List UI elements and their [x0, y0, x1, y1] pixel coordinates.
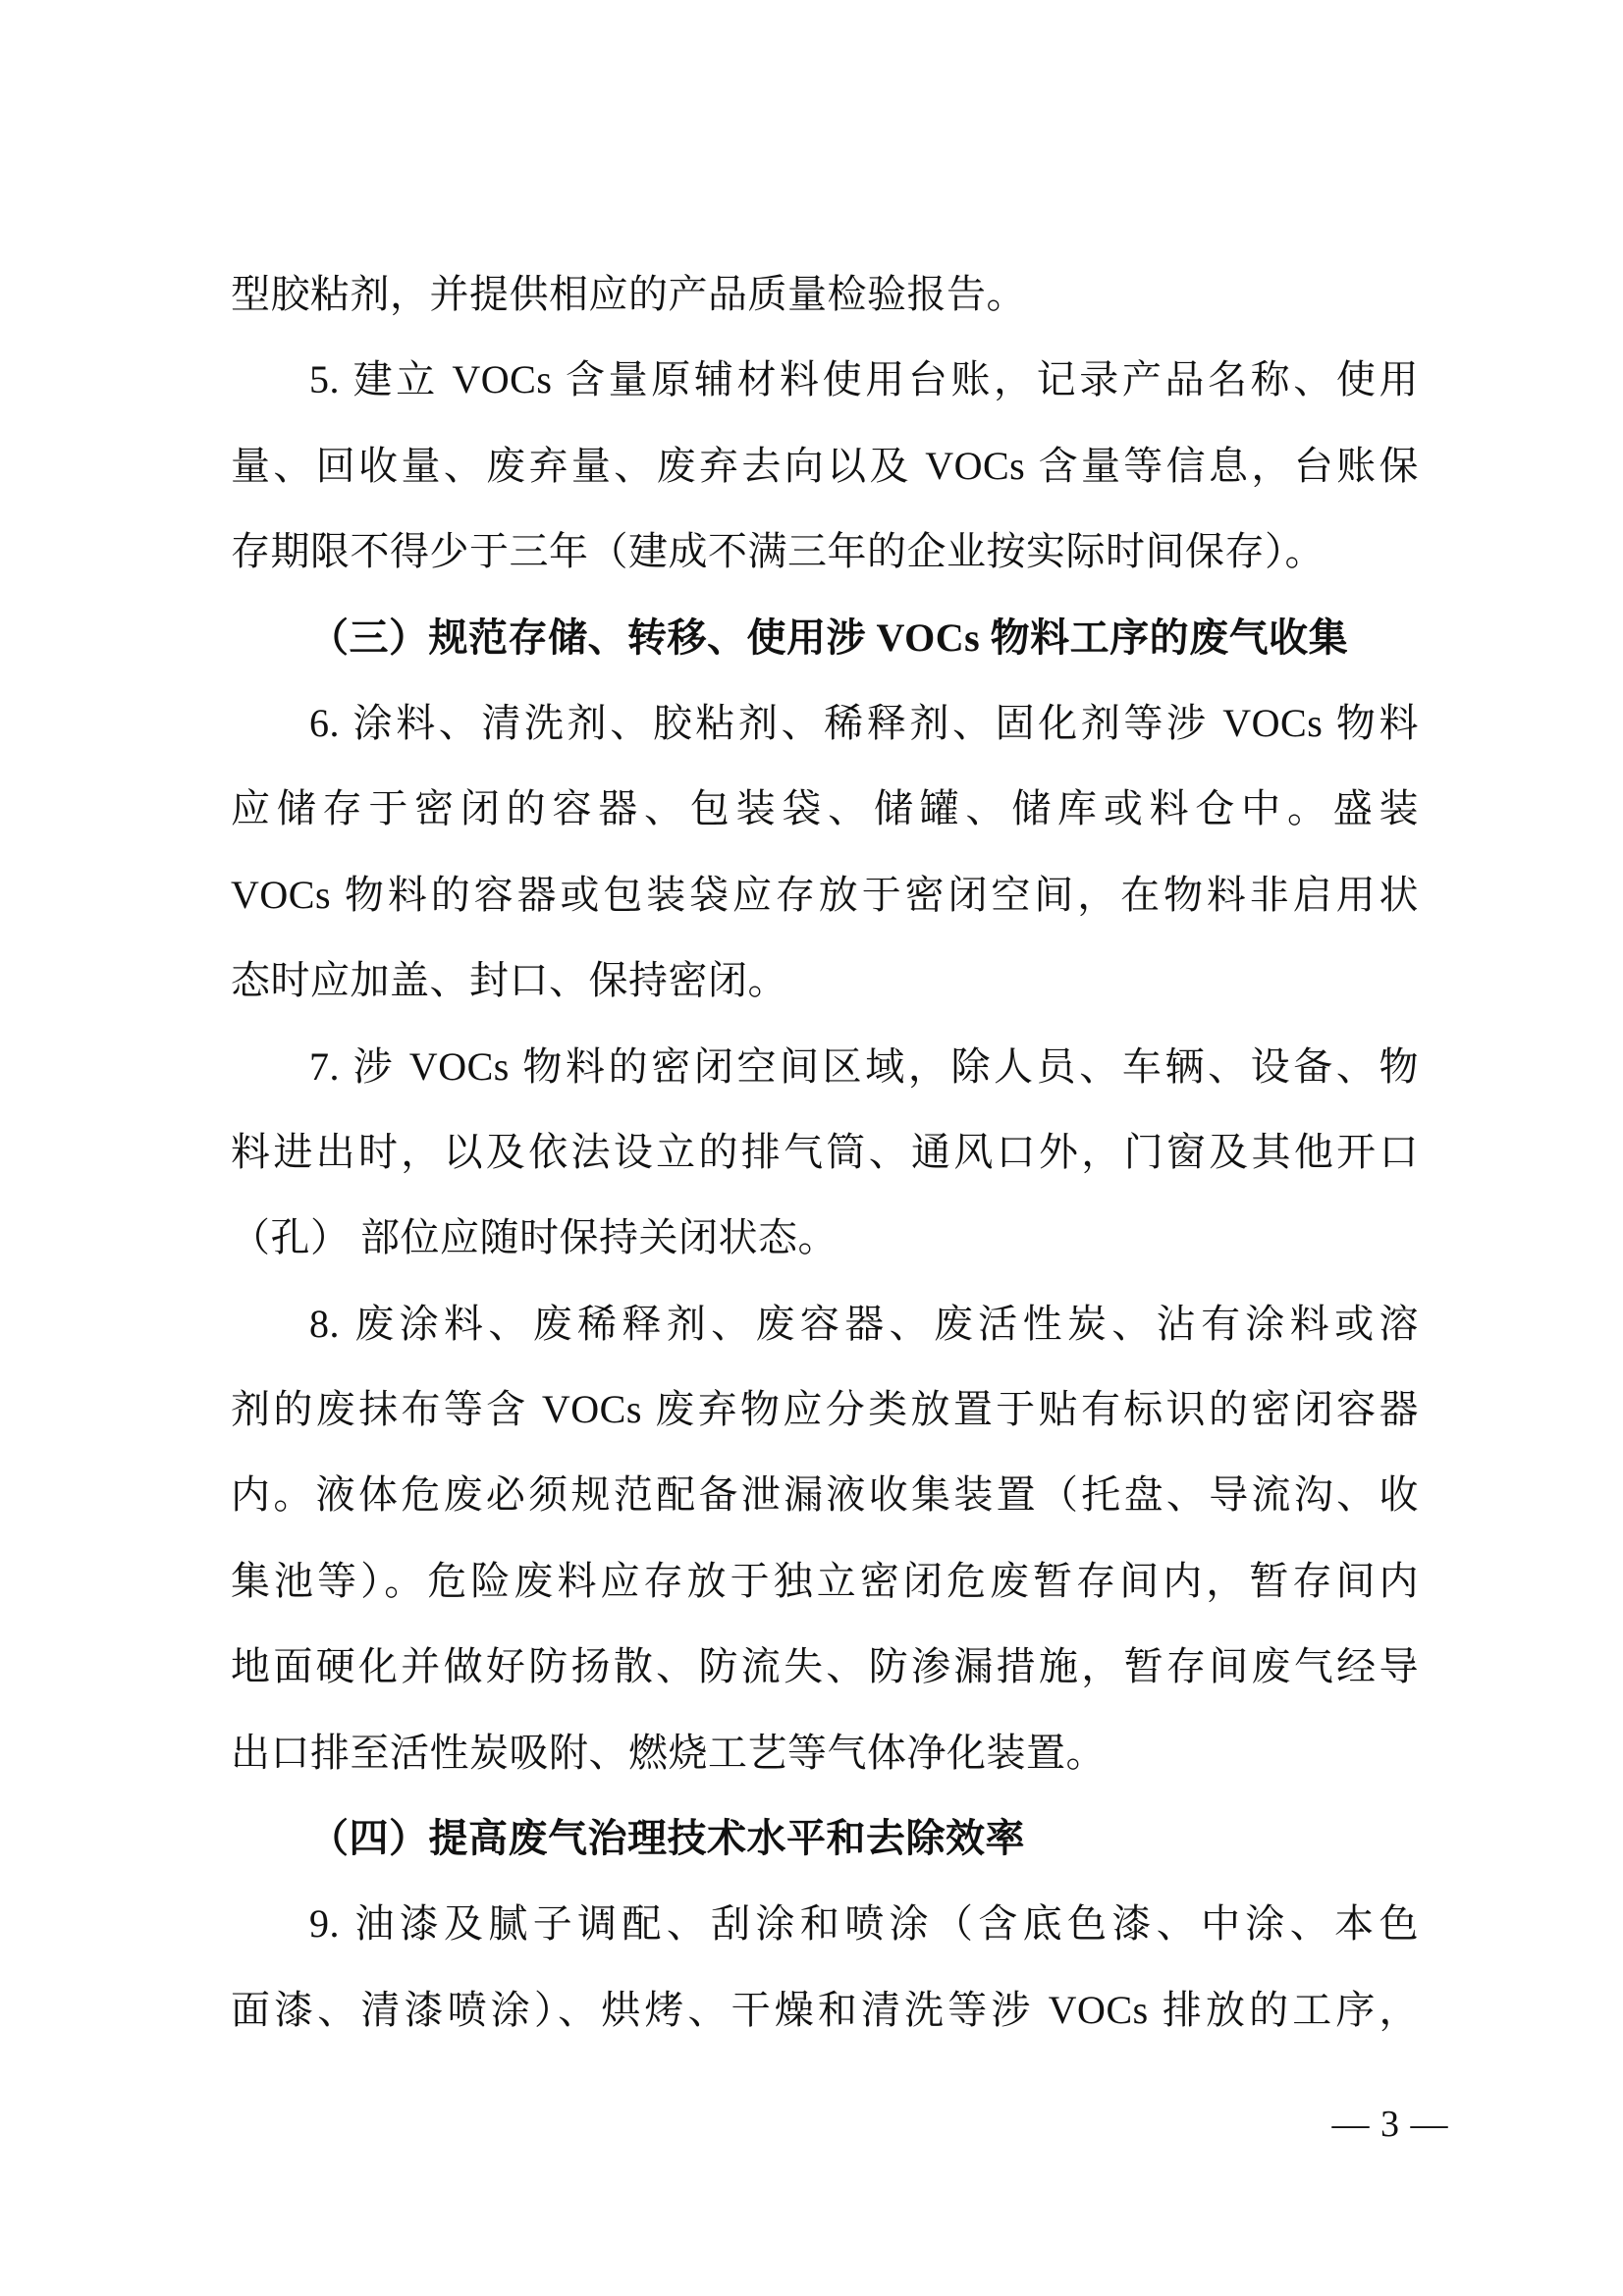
- section-heading: （四）提高废气治理技术水平和去除效率: [231, 1795, 1419, 1881]
- text-line: 出口排至活性炭吸附、燃烧工艺等气体净化装置。: [231, 1710, 1419, 1795]
- text-line: 9. 油漆及腻子调配、刮涂和喷涂（含底色漆、中涂、本色: [231, 1881, 1419, 1966]
- text-line: 集池等）。危险废料应存放于独立密闭危废暂存间内，暂存间内: [231, 1538, 1419, 1624]
- section-heading: （三）规范存储、转移、使用涉 VOCs 物料工序的废气收集: [231, 595, 1419, 680]
- text-line: 5. 建立 VOCs 含量原辅材料使用台账，记录产品名称、使用: [231, 337, 1419, 422]
- text-line: 料进出时，以及依法设立的排气筒、通风口外，门窗及其他开口: [231, 1109, 1419, 1195]
- text-line: 应储存于密闭的容器、包装袋、储罐、储库或料仓中。盛装: [231, 766, 1419, 851]
- text-line: 存期限不得少于三年（建成不满三年的企业按实际时间保存）。: [231, 508, 1419, 594]
- text-line: 型胶粘剂，并提供相应的产品质量检验报告。: [231, 251, 1419, 337]
- text-line: 面漆、清漆喷涂）、烘烤、干燥和清洗等涉 VOCs 排放的工序，: [231, 1967, 1419, 2053]
- text-line: 态时应加盖、封口、保持密闭。: [231, 937, 1419, 1023]
- text-line: 地面硬化并做好防扬散、防流失、防渗漏措施，暂存间废气经导: [231, 1624, 1419, 1709]
- text-line: 剂的废抹布等含 VOCs 废弃物应分类放置于贴有标识的密闭容器: [231, 1366, 1419, 1452]
- text-line: 7. 涉 VOCs 物料的密闭空间区域，除人员、车辆、设备、物: [231, 1024, 1419, 1109]
- document-body: 型胶粘剂，并提供相应的产品质量检验报告。 5. 建立 VOCs 含量原辅材料使用…: [231, 251, 1419, 2053]
- text-line: 8. 废涂料、废稀释剂、废容器、废活性炭、沾有涂料或溶: [231, 1281, 1419, 1366]
- text-line: 量、回收量、废弃量、废弃去向以及 VOCs 含量等信息，台账保: [231, 423, 1419, 508]
- text-line: 内。液体危废必须规范配备泄漏液收集装置（托盘、导流沟、收: [231, 1452, 1419, 1537]
- text-line: （孔） 部位应随时保持关闭状态。: [231, 1195, 1419, 1280]
- text-line: 6. 涂料、清洗剂、胶粘剂、稀释剂、固化剂等涉 VOCs 物料: [231, 680, 1419, 766]
- page-number: — 3 —: [1312, 2099, 1469, 2150]
- text-line: VOCs 物料的容器或包装袋应存放于密闭空间，在物料非启用状: [231, 852, 1419, 937]
